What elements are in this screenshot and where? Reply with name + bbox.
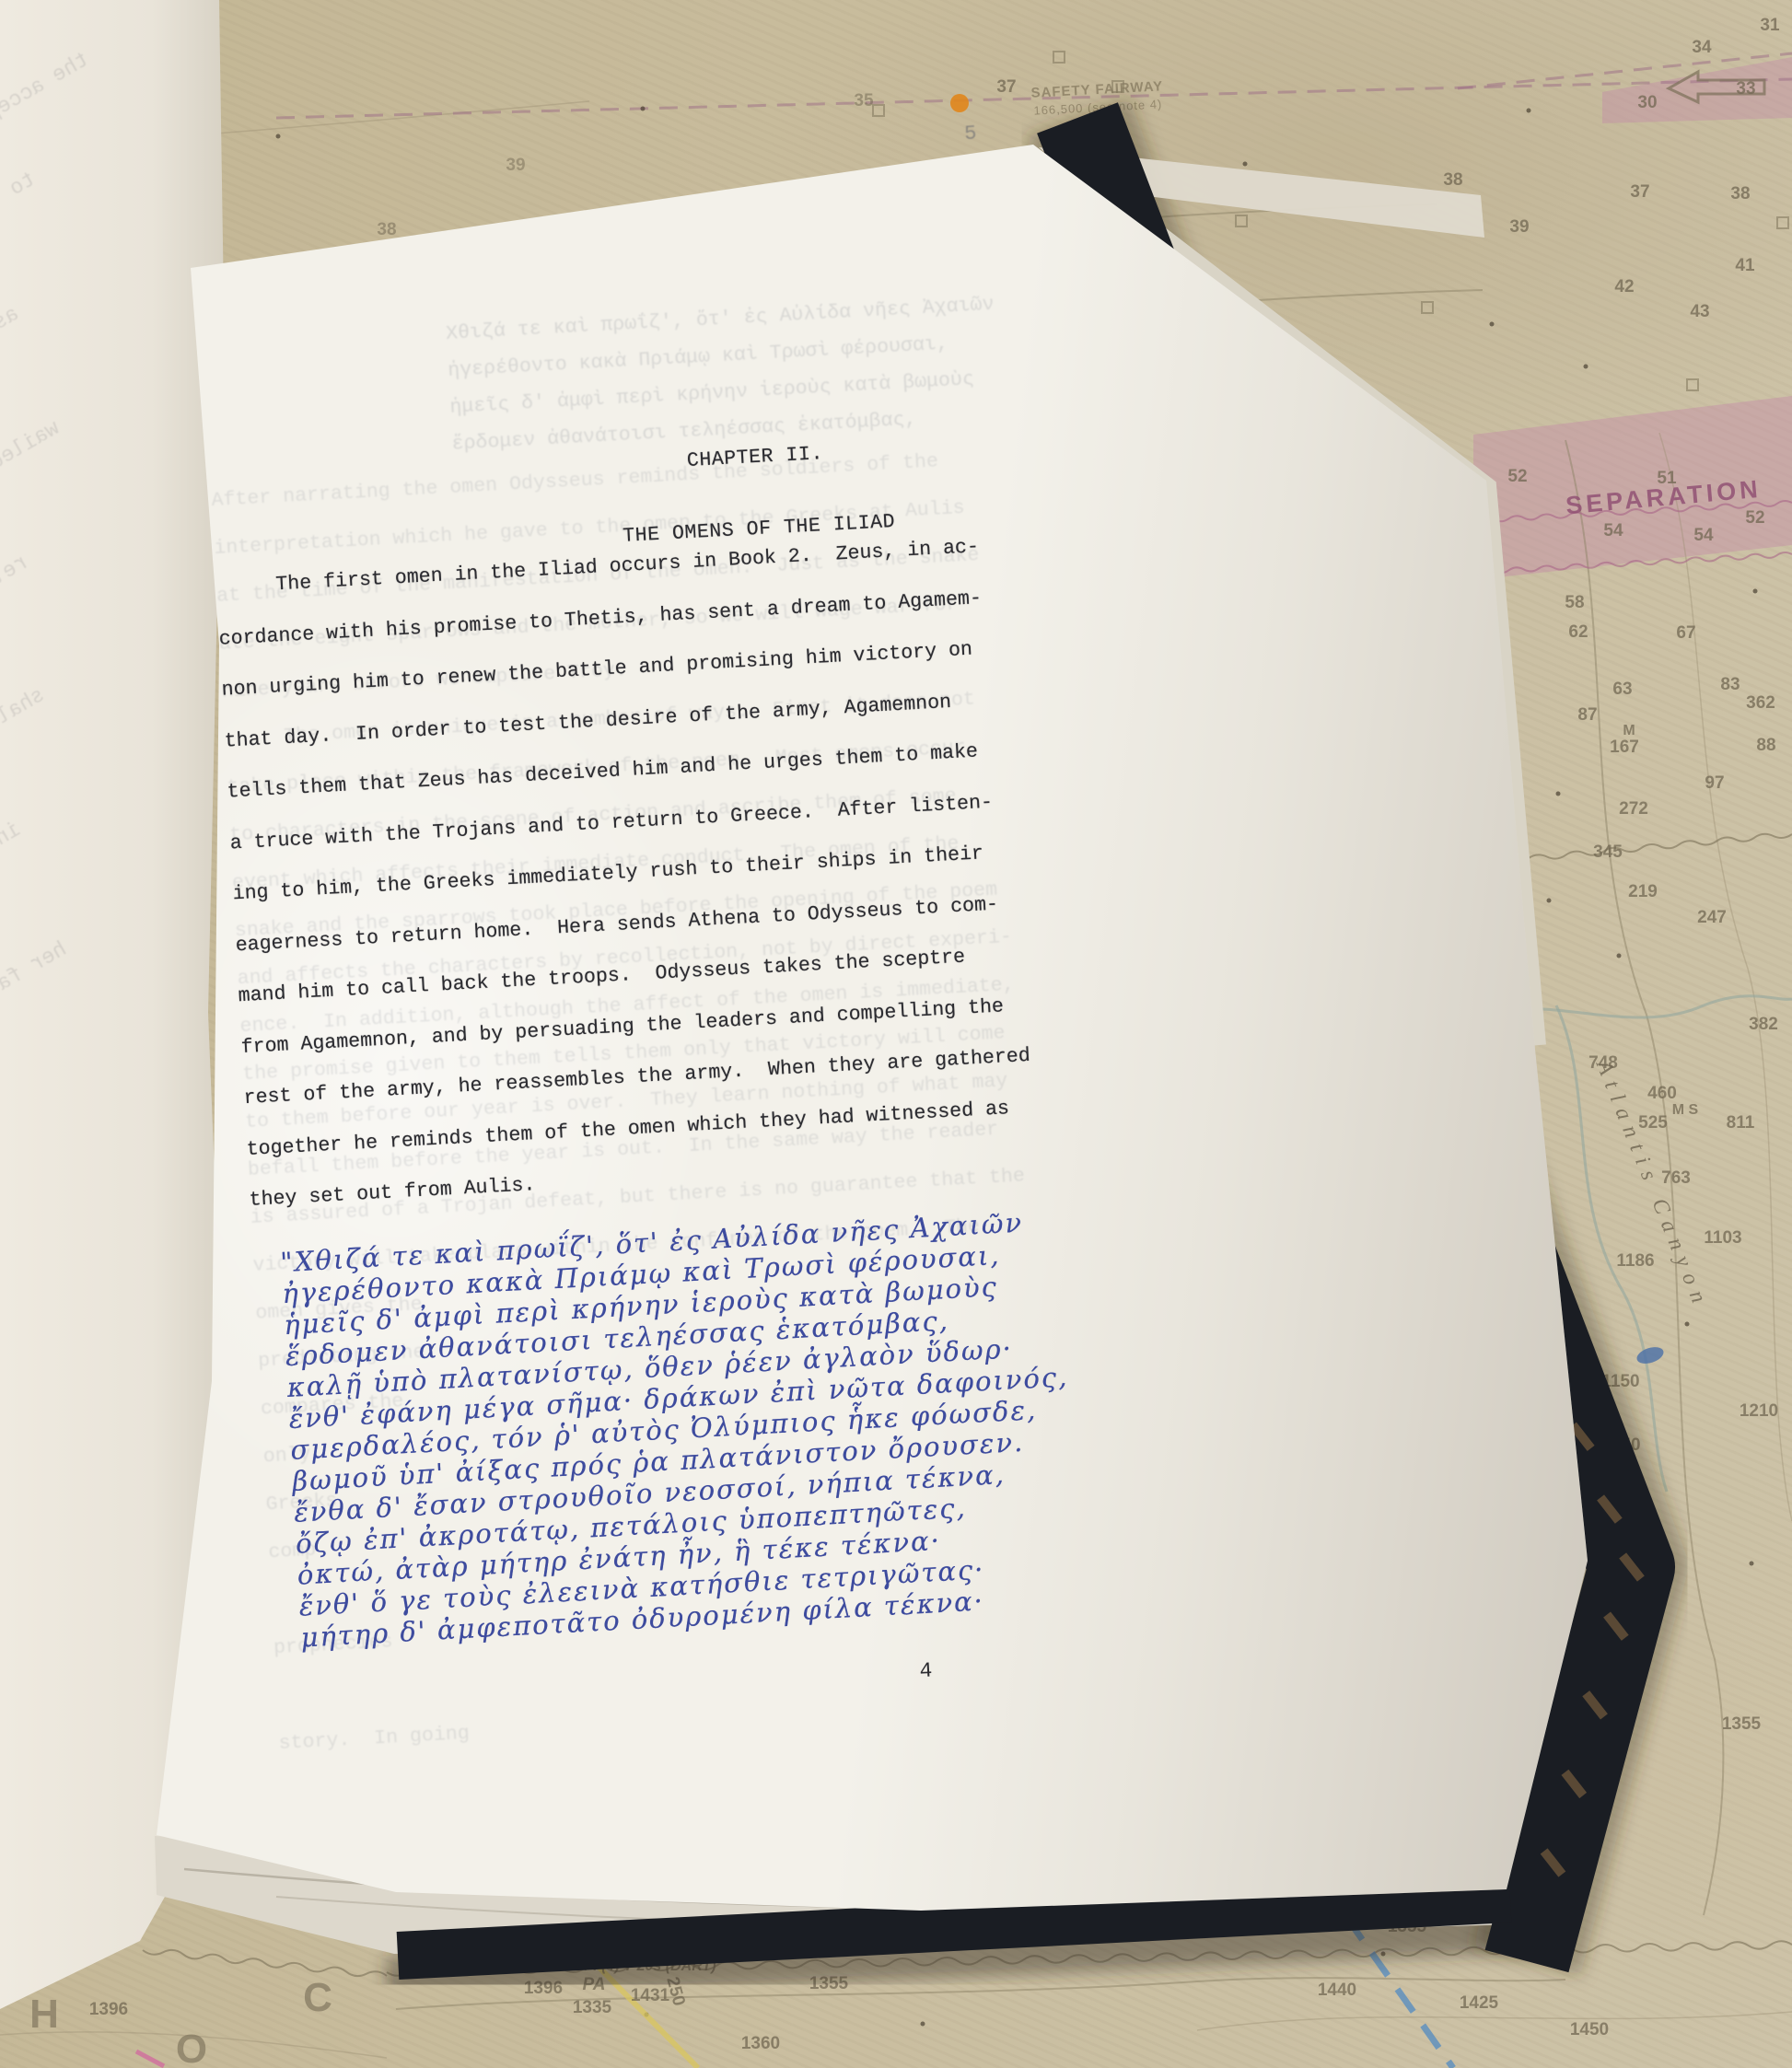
ghost-folio-number: 5 [964, 122, 978, 146]
page-number: 4 [919, 1659, 933, 1684]
body-paragraph: The first omen in the Iliad occurs in Bo… [215, 521, 1037, 1227]
handwritten-greek-quote: "Χθιζά τε καὶ πρωΐζ', ὅτ' ἐς Αὐλίδα νῆες… [280, 1197, 1230, 1654]
page-content: 5 Χθιζά τε καὶ πρωΐζ', ὅτ' ἐς Αὐλίδα νῆε… [139, 89, 1240, 1973]
